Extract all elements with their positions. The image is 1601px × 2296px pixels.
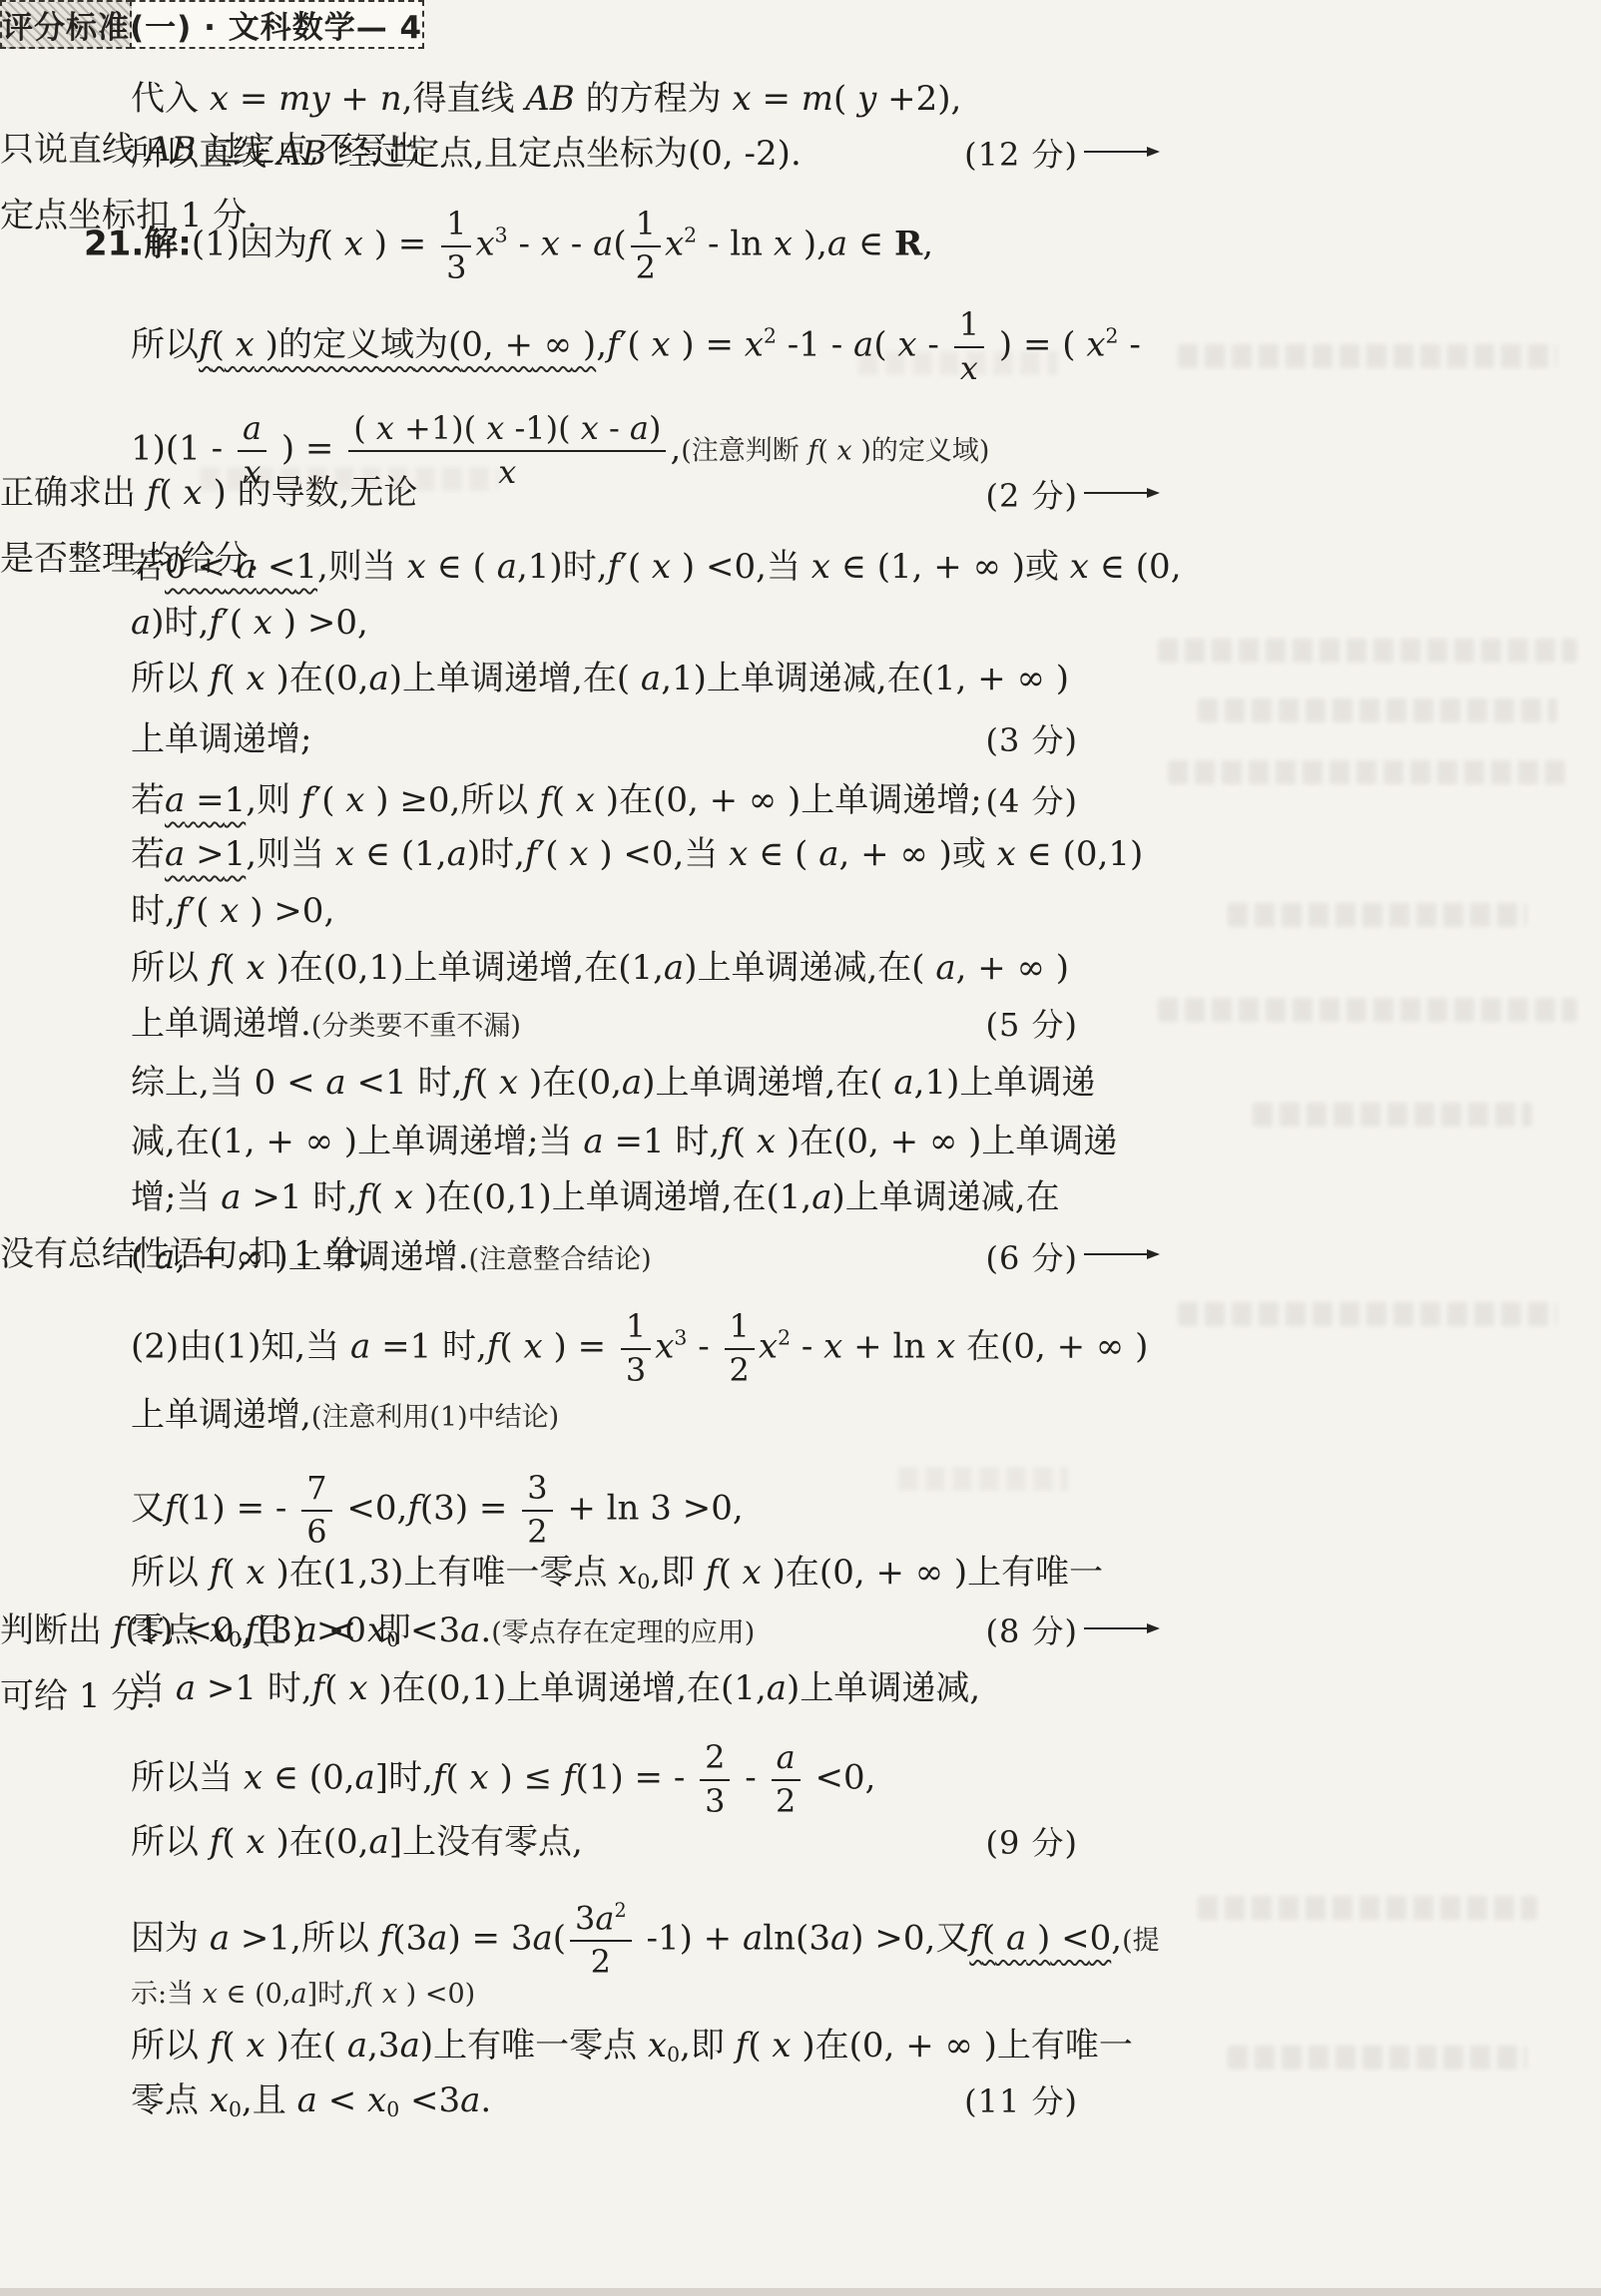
score-marker: (6 分) [985, 1239, 1078, 1277]
solution-line: 增;当 a >1 时,f( x )在(0,1)上单调递增,在(1,a)上单调递减… [131, 1178, 1078, 1216]
bleedthrough-artifact [1178, 344, 1557, 368]
solution-line: 若a >1,则当 x ∈ (1,a)时,f′( x ) <0,当 x ∈ ( a… [131, 835, 1078, 873]
grader-note: 只说直线 AB 过定点,不写出定点坐标扣 1 分. [0, 117, 421, 248]
grader-note-line: 没有总结性语句,扣 1 分. [0, 1221, 370, 1287]
score-marker: (2 分) [985, 477, 1078, 515]
solution-line: (2)由(1)知,当 a =1 时,f( x ) = 13x3 - 12x2 -… [131, 1310, 1078, 1387]
grader-note-line: 定点坐标扣 1 分. [0, 183, 421, 248]
solution-line: 所以 f( x )在(0,a]上没有零点,(9 分) [131, 1823, 1078, 1861]
bleedthrough-artifact [1158, 998, 1577, 1022]
score-marker: (11 分) [964, 2082, 1078, 2120]
scoring-standard-badge: 评分标准 [0, 0, 132, 49]
solution-line: 所以当 x ∈ (0,a]时,f( x ) ≤ f(1) = - 23 - a2… [131, 1741, 1078, 1818]
bleedthrough-artifact [1228, 2046, 1527, 2069]
bleedthrough-artifact [1168, 760, 1567, 784]
solution-line: 所以 f( x )在( a,3a)上有唯一零点 x0,即 f( x )在(0, … [131, 2027, 1078, 2073]
solution-line: 所以 f( x )在(1,3)上有唯一零点 x0,即 f( x )在(0, + … [131, 1554, 1078, 1601]
score-to-note-arrow [1084, 492, 1158, 494]
grader-note: 没有总结性语句,扣 1 分. [0, 1221, 370, 1287]
score-to-note-arrow [1084, 151, 1158, 153]
solution-line: 上单调递增.(分类要不重不漏)(5 分) [131, 1005, 1078, 1046]
bleedthrough-artifact [1158, 639, 1577, 663]
grader-note-line: 是否整理,均给分. [0, 526, 417, 592]
solution-line: 上单调递增;(3 分) [131, 720, 1078, 758]
solution-line: 时,f′( x ) >0, [131, 892, 1078, 930]
solution-line: 因为 a >1,所以 f(3a) = 3a(3a22 -1) + aln(3a)… [131, 1901, 1078, 1980]
score-to-note-arrow [1084, 1253, 1158, 1255]
grader-note: 正确求出 f( x ) 的导数,无论是否整理,均给分. [0, 460, 417, 592]
grader-note: 判断出 f(1) <0,f(3) >0 即可给 1 分. [0, 1598, 411, 1729]
solution-line: 若a =1,则 f′( x ) ≥0,所以 f( x )在(0, + ∞ )上单… [131, 781, 1078, 819]
solution-line: 又f(1) = - 76 <0,f(3) = 32 + ln 3 >0, [131, 1472, 1078, 1549]
score-marker: (8 分) [985, 1612, 1078, 1650]
score-to-note-arrow [1084, 1627, 1158, 1629]
grader-note-line: 可给 1 分. [0, 1663, 411, 1729]
bleedthrough-artifact [1198, 698, 1557, 722]
score-marker: (4 分) [985, 782, 1078, 820]
scanned-answer-page: 代入 x = my + n,得直线 AB 的方程为 x = m( y +2),所… [0, 0, 1601, 2296]
score-marker: (3 分) [985, 721, 1078, 759]
score-marker: (5 分) [985, 1006, 1078, 1044]
score-marker: (12 分) [964, 136, 1078, 174]
solution-line: 上单调递增,(注意利用(1)中结论) [131, 1396, 1078, 1437]
solution-line: 减,在(1, + ∞ )上单调递增;当 a =1 时,f( x )在(0, + … [131, 1123, 1078, 1160]
solution-line: 代入 x = my + n,得直线 AB 的方程为 x = m( y +2), [131, 80, 1078, 118]
solution-line: 所以 f( x )在(0,a)上单调递增,在( a,1)上单调递减,在(1, +… [131, 660, 1078, 697]
solution-line: 所以 f( x )在(0,1)上单调递增,在(1,a)上单调递减,在( a, +… [131, 949, 1078, 987]
scan-artifact-bottom [0, 2288, 1601, 2296]
bleedthrough-artifact [1253, 1103, 1532, 1127]
solution-line: 所以f( x )的定义域为(0, + ∞ ),f′( x ) = x2 -1 -… [131, 308, 1078, 385]
bleedthrough-artifact [1178, 1302, 1557, 1326]
solution-line: 零点 x0,且 a < x0 <3a.(11 分) [131, 2081, 1078, 2128]
grader-note-line: 正确求出 f( x ) 的导数,无论 [0, 460, 417, 526]
bleedthrough-artifact [1198, 1896, 1537, 1920]
solution-line: 示:当 x ∈ (0,a]时,f( x ) <0) [131, 1973, 1078, 2014]
scoring-standard-label: 评分标准 [2, 2, 130, 47]
score-marker: (9 分) [985, 1824, 1078, 1862]
solution-line: a)时,f′( x ) >0, [131, 604, 1078, 642]
solution-line: 综上,当 0 < a <1 时,f( x )在(0,a)上单调递增,在( a,1… [131, 1064, 1078, 1102]
bleedthrough-artifact [1228, 903, 1527, 927]
grader-note-line: 只说直线 AB 过定点,不写出 [0, 117, 421, 183]
grader-note-line: 判断出 f(1) <0,f(3) >0 即 [0, 1598, 411, 1663]
